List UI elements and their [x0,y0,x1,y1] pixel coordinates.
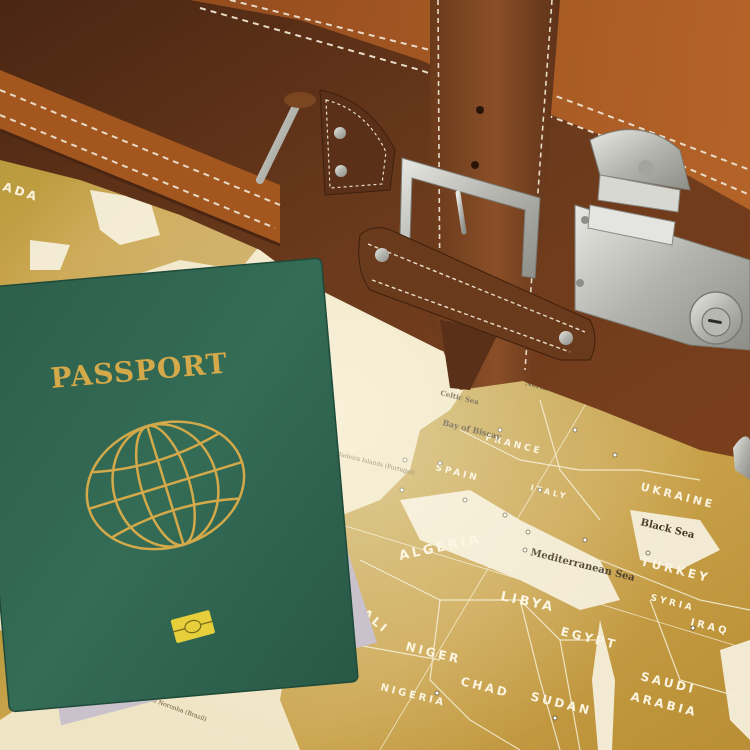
photo-illustration: ALGERIA LIBYA EGYPT NIGER CHAD SUDAN NIG… [0,0,750,750]
photo-scene: ALGERIA LIBYA EGYPT NIGER CHAD SUDAN NIG… [0,0,750,750]
passport: PASSPORT [0,256,382,730]
